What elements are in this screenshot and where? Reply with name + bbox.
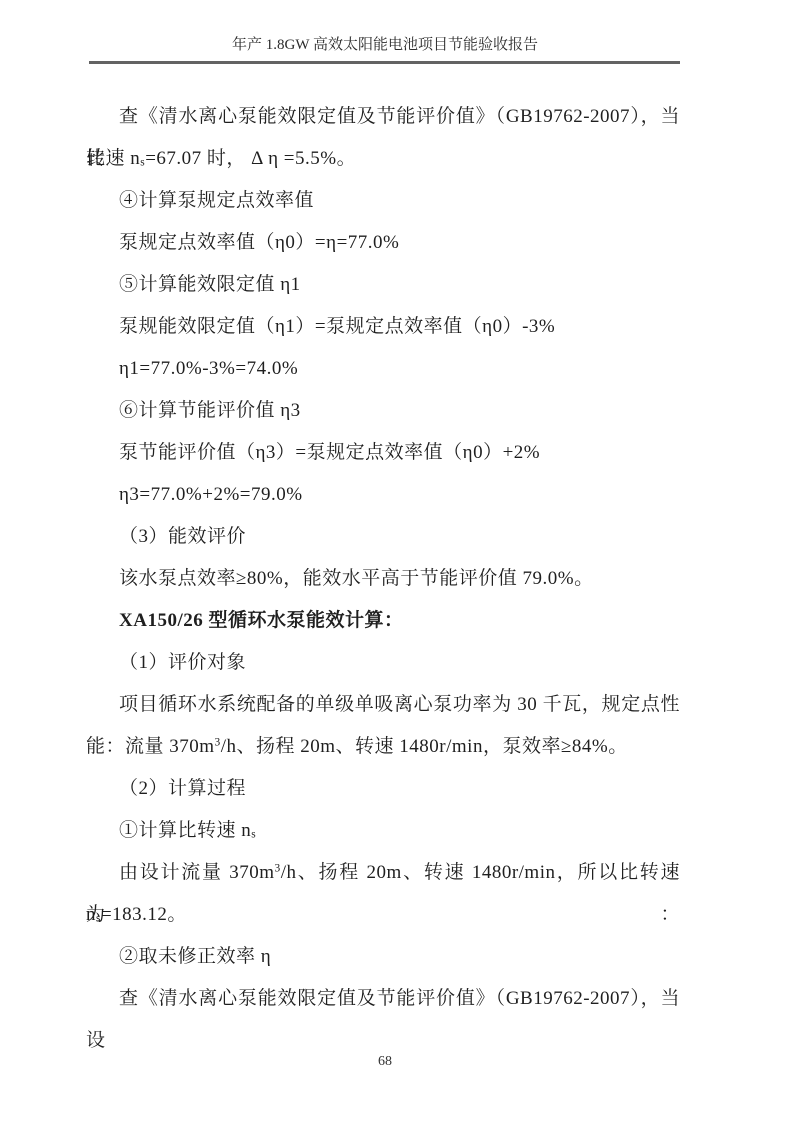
subscript-text: s: [251, 828, 256, 840]
page-footer: 68: [88, 1052, 682, 1072]
text-run: 由设计流量 370m: [119, 862, 275, 883]
text-run: 转速 n: [86, 148, 140, 169]
paragraph-line: 查《清水离心泵能效限定值及节能评价值》（GB19762-2007），当设: [86, 978, 680, 1020]
text-run: （1）评价对象: [119, 652, 246, 673]
paragraph-line: 项目循环水系统配备的单级单吸离心泵功率为 30 千瓦，规定点性: [86, 684, 680, 726]
text-run: XA150/26 型循环水泵能效计算：: [119, 610, 403, 631]
paragraph-line: 泵规能效限定值（η1）=泵规定点效率值（η0）-3%: [86, 306, 680, 348]
page-header-title: 年产 1.8GW 高效太阳能电池项目节能验收报告: [88, 34, 682, 56]
paragraph-line: η3=77.0%+2%=79.0%: [86, 474, 680, 516]
paragraph-line: （3）能效评价: [86, 516, 680, 558]
text-run: 项目循环水系统配备的单级单吸离心泵功率为 30 千瓦，规定点性: [119, 694, 680, 715]
text-run: =67.07 时， Δ η =5.5%。: [145, 148, 356, 169]
paragraph-line: ②取未修正效率 η: [86, 936, 680, 978]
text-run: =183.12。: [101, 904, 187, 925]
paragraph-line: ⑥计算节能评价值 η3: [86, 390, 680, 432]
text-run: 泵节能评价值（η3）=泵规定点效率值（η0）+2%: [119, 442, 540, 463]
paragraph-line: 泵规定点效率值（η0）=η=77.0%: [86, 222, 680, 264]
paragraph-line: 转速 ns=67.07 时， Δ η =5.5%。: [86, 138, 680, 180]
text-run: n: [86, 904, 96, 925]
document-page: 年产 1.8GW 高效太阳能电池项目节能验收报告 查《清水离心泵能效限定值及节能…: [0, 0, 800, 1131]
text-run: ⑤计算能效限定值 η1: [119, 274, 301, 295]
page-number: 68: [378, 1054, 392, 1069]
text-run: η1=77.0%-3%=74.0%: [119, 358, 298, 379]
text-run: ④计算泵规定点效率值: [119, 190, 314, 211]
paragraph-line: η1=77.0%-3%=74.0%: [86, 348, 680, 390]
paragraph-line: XA150/26 型循环水泵能效计算：: [86, 600, 680, 642]
paragraph-line: 由设计流量 370m3/h、扬程 20m、转速 1480r/min，所以比转速为…: [86, 852, 680, 894]
text-run: 该水泵点效率≥80%，能效水平高于节能评价值 79.0%。: [119, 568, 594, 589]
paragraph-line: 能：流量 370m3/h、扬程 20m、转速 1480r/min，泵效率≥84%…: [86, 726, 680, 768]
paragraph-line: ④计算泵规定点效率值: [86, 180, 680, 222]
text-run: ①计算比转速 n: [119, 820, 251, 841]
text-run: 能：流量 370m: [86, 736, 215, 757]
text-run: ②取未修正效率 η: [119, 946, 271, 967]
document-body: 查《清水离心泵能效限定值及节能评价值》（GB19762-2007），当比转速 n…: [86, 96, 680, 1020]
header-rule: [89, 61, 680, 64]
text-run: η3=77.0%+2%=79.0%: [119, 484, 303, 505]
paragraph-line: ⑤计算能效限定值 η1: [86, 264, 680, 306]
paragraph-line: 该水泵点效率≥80%，能效水平高于节能评价值 79.0%。: [86, 558, 680, 600]
text-run: /h、扬程 20m、转速 1480r/min，泵效率≥84%。: [221, 736, 628, 757]
paragraph-line: 查《清水离心泵能效限定值及节能评价值》（GB19762-2007），当比: [86, 96, 680, 138]
text-run: 查《清水离心泵能效限定值及节能评价值》（GB19762-2007），当设: [86, 988, 680, 1051]
text-run: 泵规能效限定值（η1）=泵规定点效率值（η0）-3%: [119, 316, 555, 337]
paragraph-line: 泵节能评价值（η3）=泵规定点效率值（η0）+2%: [86, 432, 680, 474]
paragraph-line: （1）评价对象: [86, 642, 680, 684]
text-run: （3）能效评价: [119, 526, 246, 547]
paragraph-line: ①计算比转速 ns: [86, 810, 680, 852]
paragraph-line: （2）计算过程: [86, 768, 680, 810]
text-run: 泵规定点效率值（η0）=η=77.0%: [119, 232, 399, 253]
text-run: （2）计算过程: [119, 778, 246, 799]
text-run: ⑥计算节能评价值 η3: [119, 400, 301, 421]
